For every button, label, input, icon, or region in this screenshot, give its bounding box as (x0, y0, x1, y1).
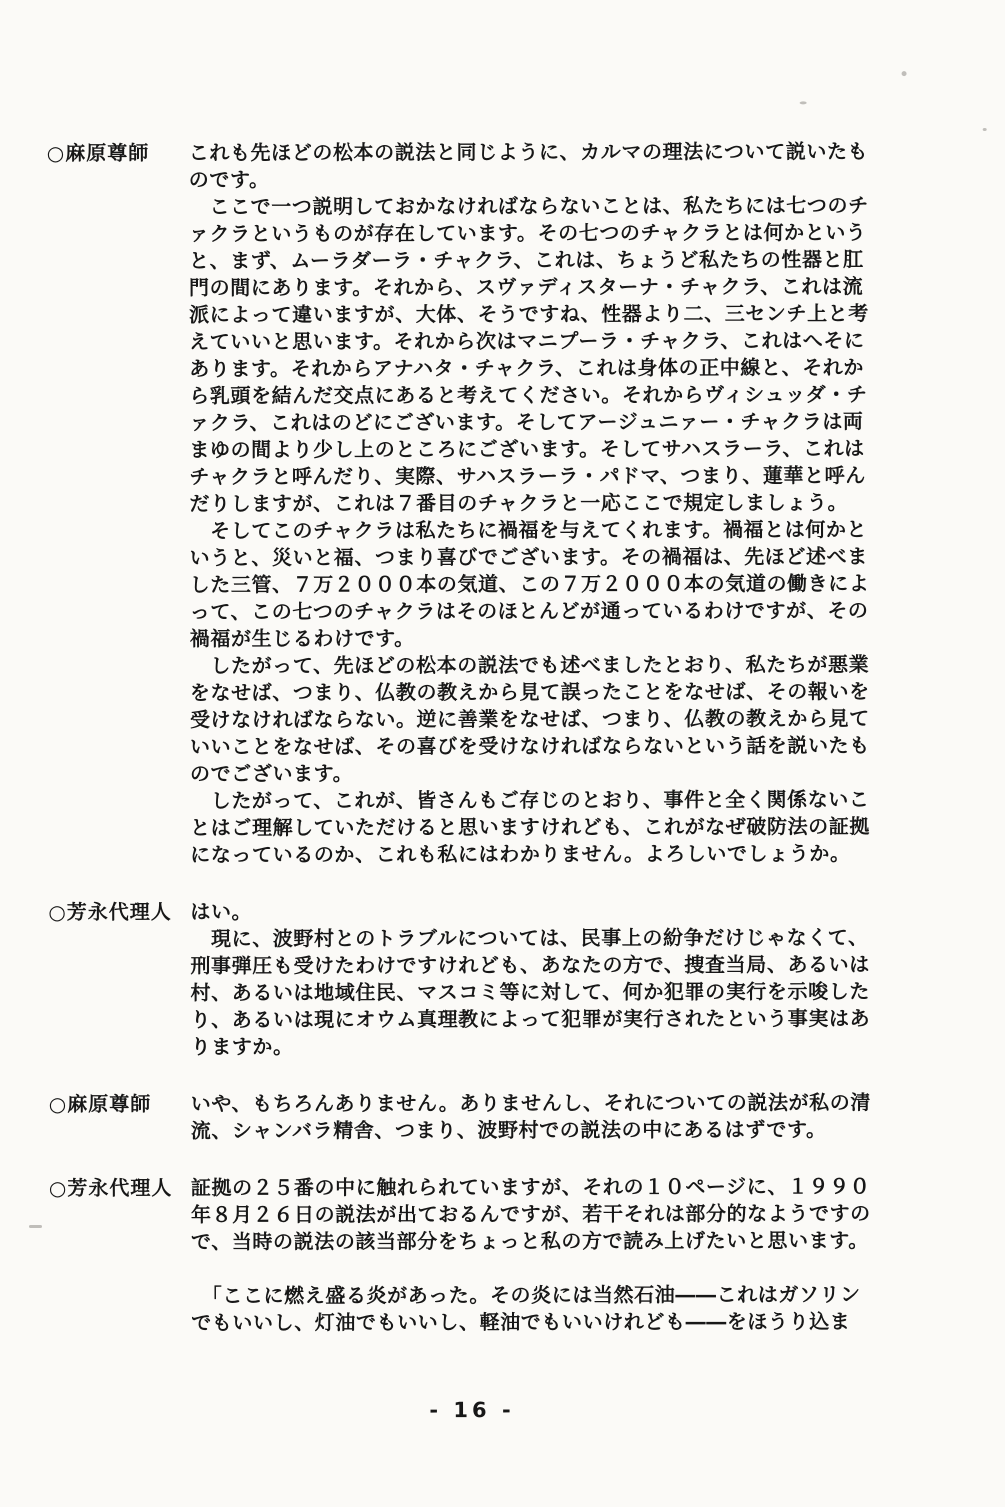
utterance-text: 証拠の２５番の中に触れられていますが、それの１０ページに、１９９０ 年８月２６日… (191, 1173, 961, 1337)
scan-speck (983, 128, 987, 131)
scan-speck (800, 101, 807, 104)
utterance-text: はい。 現に、波野村とのトラブルについては、民事上の紛争だけじゃなくて、 刑事弾… (190, 897, 960, 1061)
page-number: - 16 - (429, 1398, 514, 1422)
transcript-body: ○麻原尊師 これも先ほどの松本の説法と同じように、カルマの理法について説いたも … (47, 138, 962, 1367)
speaker-label-asahara: ○麻原尊師 (49, 1091, 191, 1118)
utterance-4: ○芳永代理人 証拠の２５番の中に触れられていますが、それの１０ページに、１９９０… (49, 1173, 961, 1337)
speaker-label-yoshinaga: ○芳永代理人 (48, 899, 190, 926)
scan-speck (29, 1225, 42, 1228)
scanned-page: ○麻原尊師 これも先ほどの松本の説法と同じように、カルマの理法について説いたも … (0, 0, 1005, 1507)
speaker-label-asahara: ○麻原尊師 (47, 140, 189, 167)
speaker-label-yoshinaga: ○芳永代理人 (49, 1175, 191, 1202)
utterance-text: いや、もちろんありません。ありませんし、それについての説法が私の清 流、シャンバ… (191, 1089, 961, 1145)
utterance-text: これも先ほどの松本の説法と同じように、カルマの理法について説いたも のです。 こ… (189, 138, 961, 869)
utterance-1: ○麻原尊師 これも先ほどの松本の説法と同じように、カルマの理法について説いたも … (47, 138, 961, 869)
utterance-3: ○麻原尊師 いや、もちろんありません。ありませんし、それについての説法が私の清 … (49, 1089, 961, 1145)
scan-speck (902, 71, 907, 76)
utterance-2: ○芳永代理人 はい。 現に、波野村とのトラブルについては、民事上の紛争だけじゃな… (48, 897, 960, 1061)
